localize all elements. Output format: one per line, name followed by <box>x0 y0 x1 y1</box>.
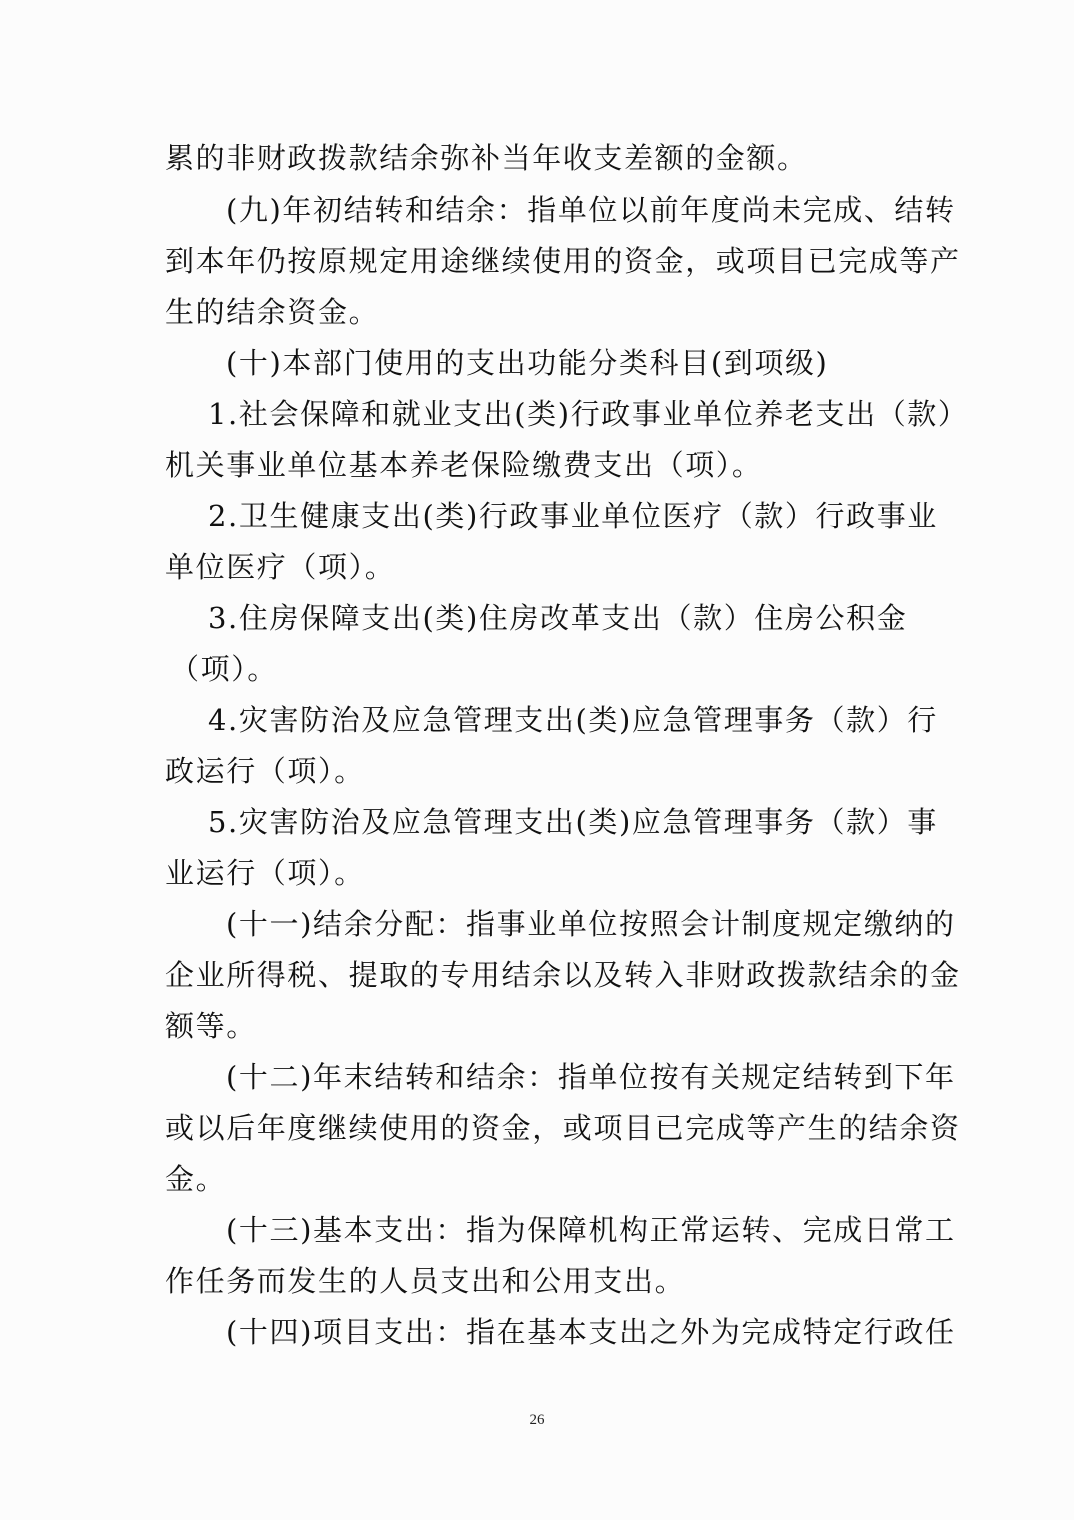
text-line: 企业所得税、提取的专用结余以及转入非财政拨款结余的金 <box>165 957 961 993</box>
page-number: 26 <box>0 1412 1074 1429</box>
text-line: 2.卫生健康支出(类)行政事业单位医疗（款）行政事业 <box>208 498 938 534</box>
text-line: 金。 <box>165 1161 226 1197</box>
text-line: 机关事业单位基本养老保险缴费支出（项）。 <box>165 447 763 483</box>
text-line: 3.住房保障支出(类)住房改革支出（款）住房公积金 <box>208 600 907 636</box>
text-line: 单位医疗（项）。 <box>165 549 395 585</box>
text-line: 或以后年度继续使用的资金，或项目已完成等产生的结余资 <box>165 1110 961 1146</box>
text-line: 政运行（项）。 <box>165 753 365 789</box>
text-line: (九)年初结转和结余：指单位以前年度尚未完成、结转 <box>226 192 956 228</box>
text-line: (十二)年末结转和结余：指单位按有关规定结转到下年 <box>226 1059 956 1095</box>
text-line: （项）。 <box>170 651 278 687</box>
text-line: 5.灾害防治及应急管理支出(类)应急管理事务（款）事 <box>208 804 938 840</box>
text-line: 1.社会保障和就业支出(类)行政事业单位养老支出（款） <box>208 396 969 432</box>
text-line: (十)本部门使用的支出功能分类科目(到项级) <box>226 345 828 381</box>
text-line: 业运行（项）。 <box>165 855 365 891</box>
text-line: 额等。 <box>165 1008 257 1044</box>
text-line: (十三)基本支出：指为保障机构正常运转、完成日常工 <box>226 1212 956 1248</box>
text-line: 到本年仍按原规定用途继续使用的资金，或项目已完成等产 <box>165 243 961 279</box>
text-line: 4.灾害防治及应急管理支出(类)应急管理事务（款）行 <box>208 702 938 738</box>
text-line: (十四)项目支出：指在基本支出之外为完成特定行政任 <box>226 1314 956 1350</box>
text-line: 作任务而发生的人员支出和公用支出。 <box>165 1263 685 1299</box>
text-line: 生的结余资金。 <box>165 294 379 330</box>
text-line: 累的非财政拨款结余弥补当年收支差额的金额。 <box>165 140 808 176</box>
text-line: (十一)结余分配：指事业单位按照会计制度规定缴纳的 <box>226 906 956 942</box>
